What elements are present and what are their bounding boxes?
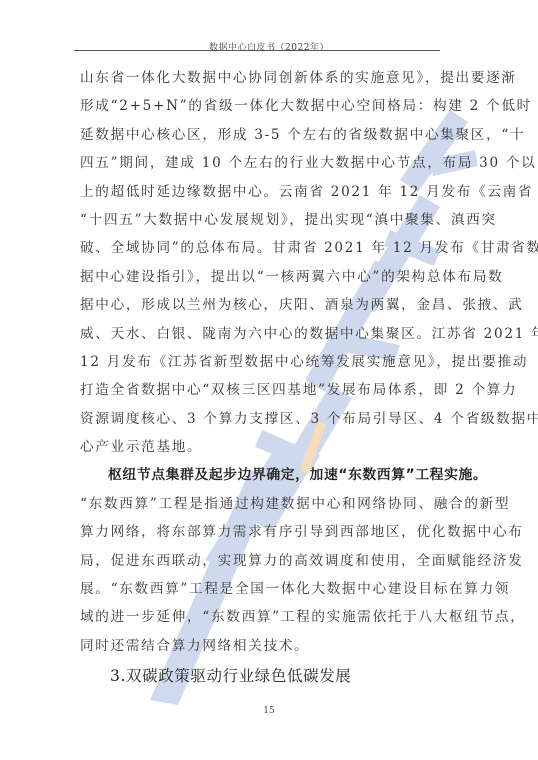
text-line: 展。“东数西算”工程是全国一体化大数据中心建设目标在算力领 [80,575,440,603]
text-line: 威、天水、白银、陇南为六中心的数据中心集聚区。江苏省 2021 年 [80,320,440,348]
bold-lead-paragraph: 枢纽节点集群及起步边界确定，加速“东数西算”工程实施。 [80,461,440,489]
header-divider [74,50,440,51]
text-line: 算力网络，将东部算力需求有序引导到西部地区，优化数据中心布 [80,518,440,546]
text-line: 资源调度核心、3 个算力支撑区、3 个布局引导区、4 个省级数据中 [80,405,440,433]
text-line: 同时还需结合算力网络相关技术。 [80,632,440,660]
text-line: 域的进一步延伸，“东数西算”工程的实施需依托于八大枢纽节点， [80,603,440,631]
text-line: 12 月发布《江苏省新型数据中心统筹发展实施意见》，提出要推动 [80,348,440,376]
text-line: 打造全省数据中心“双核三区四基地”发展布局体系，即 2 个算力 [80,376,440,404]
document-page: 数据中心白皮书（2022年） 山东省一体化大数据中心协同创新体系的实施意见》，提… [0,0,538,760]
text-line: 形成“2+5+N”的省级一体化大数据中心空间格局：构建 2 个低时 [80,92,440,120]
text-line: 上的超低时延边缘数据中心。云南省 2021 年 12 月发布《云南省 [80,178,440,206]
text-line: 据中心建设指引》，提出以“一核两翼六中心”的架构总体布局数 [80,263,440,291]
text-line: 四五”期间，建成 10 个左右的行业大数据中心节点，布局 30 个以 [80,149,440,177]
text-line: 据中心，形成以兰州为核心，庆阳、酒泉为两翼，金昌、张掖、武 [80,291,440,319]
section-heading: 3.双碳政策驱动行业绿色低碳发展 [110,664,351,686]
text-line: “十四五”大数据中心发展规划》，提出实现“滇中聚集、滇西突 [80,206,440,234]
running-header: 数据中心白皮书（2022年） [0,40,538,53]
text-line: 心产业示范基地。 [80,433,440,461]
body-text: 山东省一体化大数据中心协同创新体系的实施意见》，提出要逐渐 形成“2+5+N”的… [80,64,440,660]
text-line: 延数据中心核心区，形成 3-5 个左右的省级数据中心集聚区，“十 [80,121,440,149]
text-line: 山东省一体化大数据中心协同创新体系的实施意见》，提出要逐渐 [80,64,440,92]
page-number: 15 [0,706,538,716]
text-line: “东数西算”工程是指通过构建数据中心和网络协同、融合的新型 [80,490,440,518]
text-line: 破、全域协同”的总体布局。甘肃省 2021 年 12 月发布《甘肃省数 [80,234,440,262]
text-line: 局，促进东西联动，实现算力的高效调度和使用，全面赋能经济发 [80,547,440,575]
